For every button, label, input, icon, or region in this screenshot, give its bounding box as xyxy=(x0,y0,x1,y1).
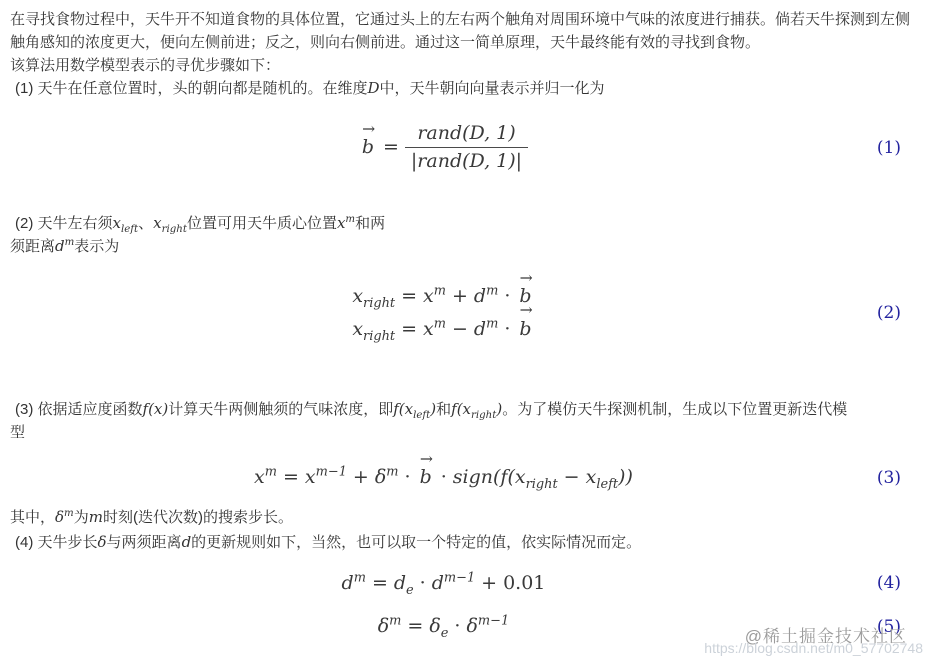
math-superscript: m−1 xyxy=(478,614,509,629)
math-variable: b xyxy=(519,318,531,340)
equation-1: →b=rand(D, 1)|rand(D, 1)| (1) xyxy=(10,120,915,176)
math-operator: + xyxy=(481,572,497,594)
math-superscript: m−1 xyxy=(316,465,347,480)
text-segment: (3) 依据适应度函数 xyxy=(15,401,143,418)
math-operator: = xyxy=(383,136,399,158)
math-variable: x xyxy=(153,214,161,232)
equation-2-line-1: xright=xm+dm·→b xyxy=(10,283,877,311)
math-operator: = xyxy=(283,466,299,488)
paragraph-where: 其中，δm为m时刻(迭代次数)的搜索步长。 xyxy=(10,506,915,529)
text-segment: 和 xyxy=(436,401,451,418)
math-superscript: m xyxy=(354,570,366,585)
math-variable: x xyxy=(352,285,363,307)
math-variable: x xyxy=(352,318,363,340)
fraction-numerator: rand(D, 1) xyxy=(405,122,528,147)
math-variable: d xyxy=(55,237,65,255)
math-operator: = xyxy=(407,615,423,637)
equation-5-formula: δm=δe·δm−1 xyxy=(10,613,877,641)
text-segment: 的更新规则如下，当然，也可以取一个特定的值，依实际情况而定。 xyxy=(191,534,641,551)
math-variable: δ xyxy=(55,508,64,526)
vector-b: →b xyxy=(359,134,377,162)
vector-arrow-icon: → xyxy=(420,452,433,468)
math-operator: · xyxy=(405,466,411,488)
math-operator: · xyxy=(504,318,510,340)
text-segment: 表示为 xyxy=(74,238,119,255)
equation-5: δm=δe·δm−1 (5) xyxy=(10,613,915,641)
math-operator: · xyxy=(420,572,426,594)
math-variable: x xyxy=(113,214,121,232)
equation-3: xm=xm−1+δm·→b·sign(f(xright−xleft)) (3) xyxy=(10,464,915,492)
paragraph-step-4: (4) 天牛步长δ与两须距离d的更新规则如下，当然，也可以取一个特定的值，依实际… xyxy=(10,531,915,554)
vector-arrow-icon: → xyxy=(362,122,375,138)
math-variable: f(x xyxy=(393,400,413,418)
math-operator: = xyxy=(401,285,417,307)
watermark-csdn-url: https://blog.csdn.net/m0_57702748 xyxy=(704,638,923,658)
text-segment: 计算天牛两侧触须的气味浓度，即 xyxy=(168,401,393,418)
text-segment: 其中， xyxy=(10,509,55,526)
math-superscript: m xyxy=(434,316,446,331)
math-superscript: m xyxy=(65,237,75,248)
math-superscript: m xyxy=(389,614,401,629)
math-number: 0.01 xyxy=(503,572,545,594)
math-variable: f(x) xyxy=(143,400,169,418)
math-superscript: m xyxy=(345,214,355,225)
math-superscript: m xyxy=(434,284,446,299)
math-superscript: m xyxy=(265,465,277,480)
math-variable: sign(f(x xyxy=(453,466,526,488)
text-segment: (2) 天牛左右须 xyxy=(15,215,113,232)
math-superscript: m xyxy=(486,316,498,331)
math-variable: x xyxy=(305,466,316,488)
math-variable: f(x xyxy=(451,400,471,418)
math-operator: + xyxy=(452,285,468,307)
math-operator: = xyxy=(372,572,388,594)
text-segment: 与两须距离 xyxy=(107,534,182,551)
text-segment: 须距离 xyxy=(10,238,55,255)
vector-b: →b xyxy=(516,316,534,344)
math-subscript: right xyxy=(363,296,395,311)
text-segment: 、 xyxy=(138,215,153,232)
equation-4-label: (4) xyxy=(877,571,915,596)
math-variable: x xyxy=(423,285,434,307)
paragraph-steps-heading: 该算法用数学模型表示的寻优步骤如下： xyxy=(10,54,915,77)
math-variable: d xyxy=(432,572,444,594)
math-subscript: e xyxy=(441,626,449,641)
math-variable: d xyxy=(182,533,192,551)
math-variable: δ xyxy=(466,615,477,637)
text-segment: 中，天牛朝向向量表示并归一化为 xyxy=(380,80,605,97)
math-variable: d xyxy=(474,285,486,307)
math-variable: D xyxy=(368,79,380,97)
text-segment: 该算法用数学模型表示的寻优步骤如下： xyxy=(10,57,280,74)
text-segment: 。为了模仿天牛探测机制，生成以下位置更新迭代模 xyxy=(502,401,847,418)
math-variable: x xyxy=(423,318,434,340)
vector-b: →b xyxy=(417,464,435,492)
text-segment: (4) 天牛步长 xyxy=(15,534,98,551)
equation-3-label: (3) xyxy=(877,466,915,491)
math-variable: d xyxy=(394,572,406,594)
text-segment: (1) 天牛在任意位置时，头的朝向都是随机的。在维度 xyxy=(15,80,368,97)
math-subscript: left xyxy=(121,224,138,235)
math-variable: d xyxy=(474,318,486,340)
math-variable: d xyxy=(342,572,354,594)
vector-arrow-icon: → xyxy=(520,271,533,287)
math-variable: δ xyxy=(375,466,386,488)
math-variable: b xyxy=(362,136,374,158)
math-operator: · xyxy=(454,615,460,637)
equation-3-formula: xm=xm−1+δm·→b·sign(f(xright−xleft)) xyxy=(10,464,877,492)
equation-2-formula: xright=xm+dm·→b xright=xm−dm·→b xyxy=(10,278,877,348)
math-variable: )) xyxy=(618,466,633,488)
equation-2-label: (2) xyxy=(877,301,915,326)
equation-2: xright=xm+dm·→b xright=xm−dm·→b (2) xyxy=(10,278,915,348)
text-segment: 在寻找食物过程中，天牛开不知道食物的具体位置，它通过头上的左右两个触角对周围环境… xyxy=(10,11,910,28)
math-operator: − xyxy=(564,466,580,488)
equation-4: dm=de·dm−1+0.01 (4) xyxy=(10,570,915,598)
text-segment: 和两 xyxy=(355,215,385,232)
math-superscript: m xyxy=(386,465,398,480)
math-variable: δ xyxy=(98,533,107,551)
math-subscript: right xyxy=(363,328,395,343)
text-segment: 型 xyxy=(10,424,25,441)
math-operator: + xyxy=(353,466,369,488)
math-superscript: m xyxy=(64,508,74,519)
paragraph-intro: 在寻找食物过程中，天牛开不知道食物的具体位置，它通过头上的左右两个触角对周围环境… xyxy=(10,8,915,54)
math-subscript: right xyxy=(162,224,187,235)
page: { "colors": { "text": "#333333", "math":… xyxy=(0,0,925,662)
equation-1-formula: →b=rand(D, 1)|rand(D, 1)| xyxy=(10,122,877,174)
text-segment: 位置可用天牛质心位置 xyxy=(187,215,337,232)
text-segment: 为 xyxy=(74,509,89,526)
paragraph-step-2: (2) 天牛左右须xleft、xright位置可用天牛质心位置xm和两须距离dm… xyxy=(10,212,915,258)
math-variable: x xyxy=(254,466,265,488)
math-superscript: m xyxy=(486,284,498,299)
fraction: rand(D, 1)|rand(D, 1)| xyxy=(405,122,528,174)
text-segment: 触角感知的浓度更大，便向左侧前进；反之，则向右侧前进。通过这一简单原理，天牛最终… xyxy=(10,34,760,51)
math-operator: · xyxy=(441,466,447,488)
math-subscript: left xyxy=(413,410,430,421)
vector-arrow-icon: → xyxy=(520,303,533,319)
text-segment: 时刻(迭代次数)的搜索步长。 xyxy=(103,509,293,526)
math-variable: m xyxy=(89,508,103,526)
math-subscript: e xyxy=(406,582,414,597)
equation-5-label: (5) xyxy=(877,615,915,640)
math-superscript: m−1 xyxy=(444,570,475,585)
math-subscript: left xyxy=(596,477,618,492)
article-content: 在寻找食物过程中，天牛开不知道食物的具体位置，它通过头上的左右两个触角对周围环境… xyxy=(0,0,925,641)
math-operator: = xyxy=(401,318,417,340)
equation-1-label: (1) xyxy=(877,136,915,161)
math-operator: − xyxy=(452,318,468,340)
equation-4-formula: dm=de·dm−1+0.01 xyxy=(10,570,877,598)
math-subscript: right xyxy=(471,410,496,421)
math-variable: b xyxy=(420,466,432,488)
math-variable: x xyxy=(586,466,597,488)
equation-2-line-2: xright=xm−dm·→b xyxy=(10,316,877,344)
fraction-denominator: |rand(D, 1)| xyxy=(405,147,528,174)
paragraph-step-1: (1) 天牛在任意位置时，头的朝向都是随机的。在维度D中，天牛朝向向量表示并归一… xyxy=(10,77,915,100)
math-variable: δ xyxy=(429,615,440,637)
math-subscript: right xyxy=(526,477,558,492)
paragraph-step-3: (3) 依据适应度函数f(x)计算天牛两侧触须的气味浓度，即f(xleft)和f… xyxy=(10,398,915,444)
math-variable: δ xyxy=(378,615,389,637)
math-operator: · xyxy=(504,285,510,307)
